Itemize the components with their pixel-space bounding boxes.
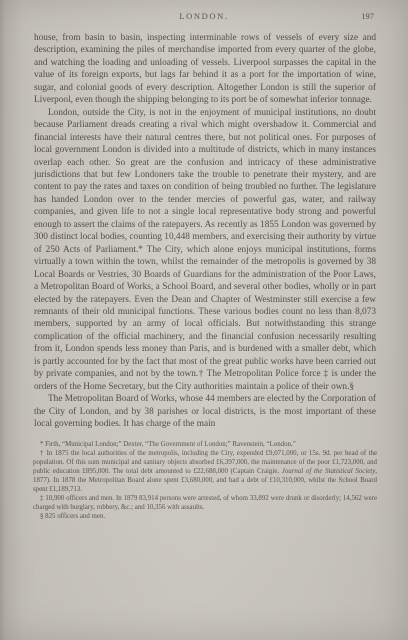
paragraph-local-government: London, outside the City, is not in the … [34,107,376,393]
running-title: LONDON. [0,11,408,21]
paragraph-board-of-works: The Metropolitan Board of Works, whose 4… [34,393,376,430]
footnote-3: ‡ 10,900 officers and men. In 1879 83,91… [33,494,377,512]
page-header: LONDON. 197 [0,0,408,25]
body-text: house, from basin to basin, inspecting i… [0,25,408,431]
footnote-2-journal-title: Journal of the Statistical Society [282,468,376,475]
book-page: LONDON. 197 house, from basin to basin, … [0,0,408,640]
footnotes: * Firth, “Municipal London;” Dexter, “Th… [0,431,408,521]
footnote-2: † In 1875 the local authorities of the m… [33,449,377,494]
page-number: 197 [361,11,374,21]
footnote-1: * Firth, “Municipal London;” Dexter, “Th… [33,440,377,449]
footnote-4: § 825 officers and men. [33,512,377,521]
paragraph-continuation: house, from basin to basin, inspecting i… [34,32,376,107]
